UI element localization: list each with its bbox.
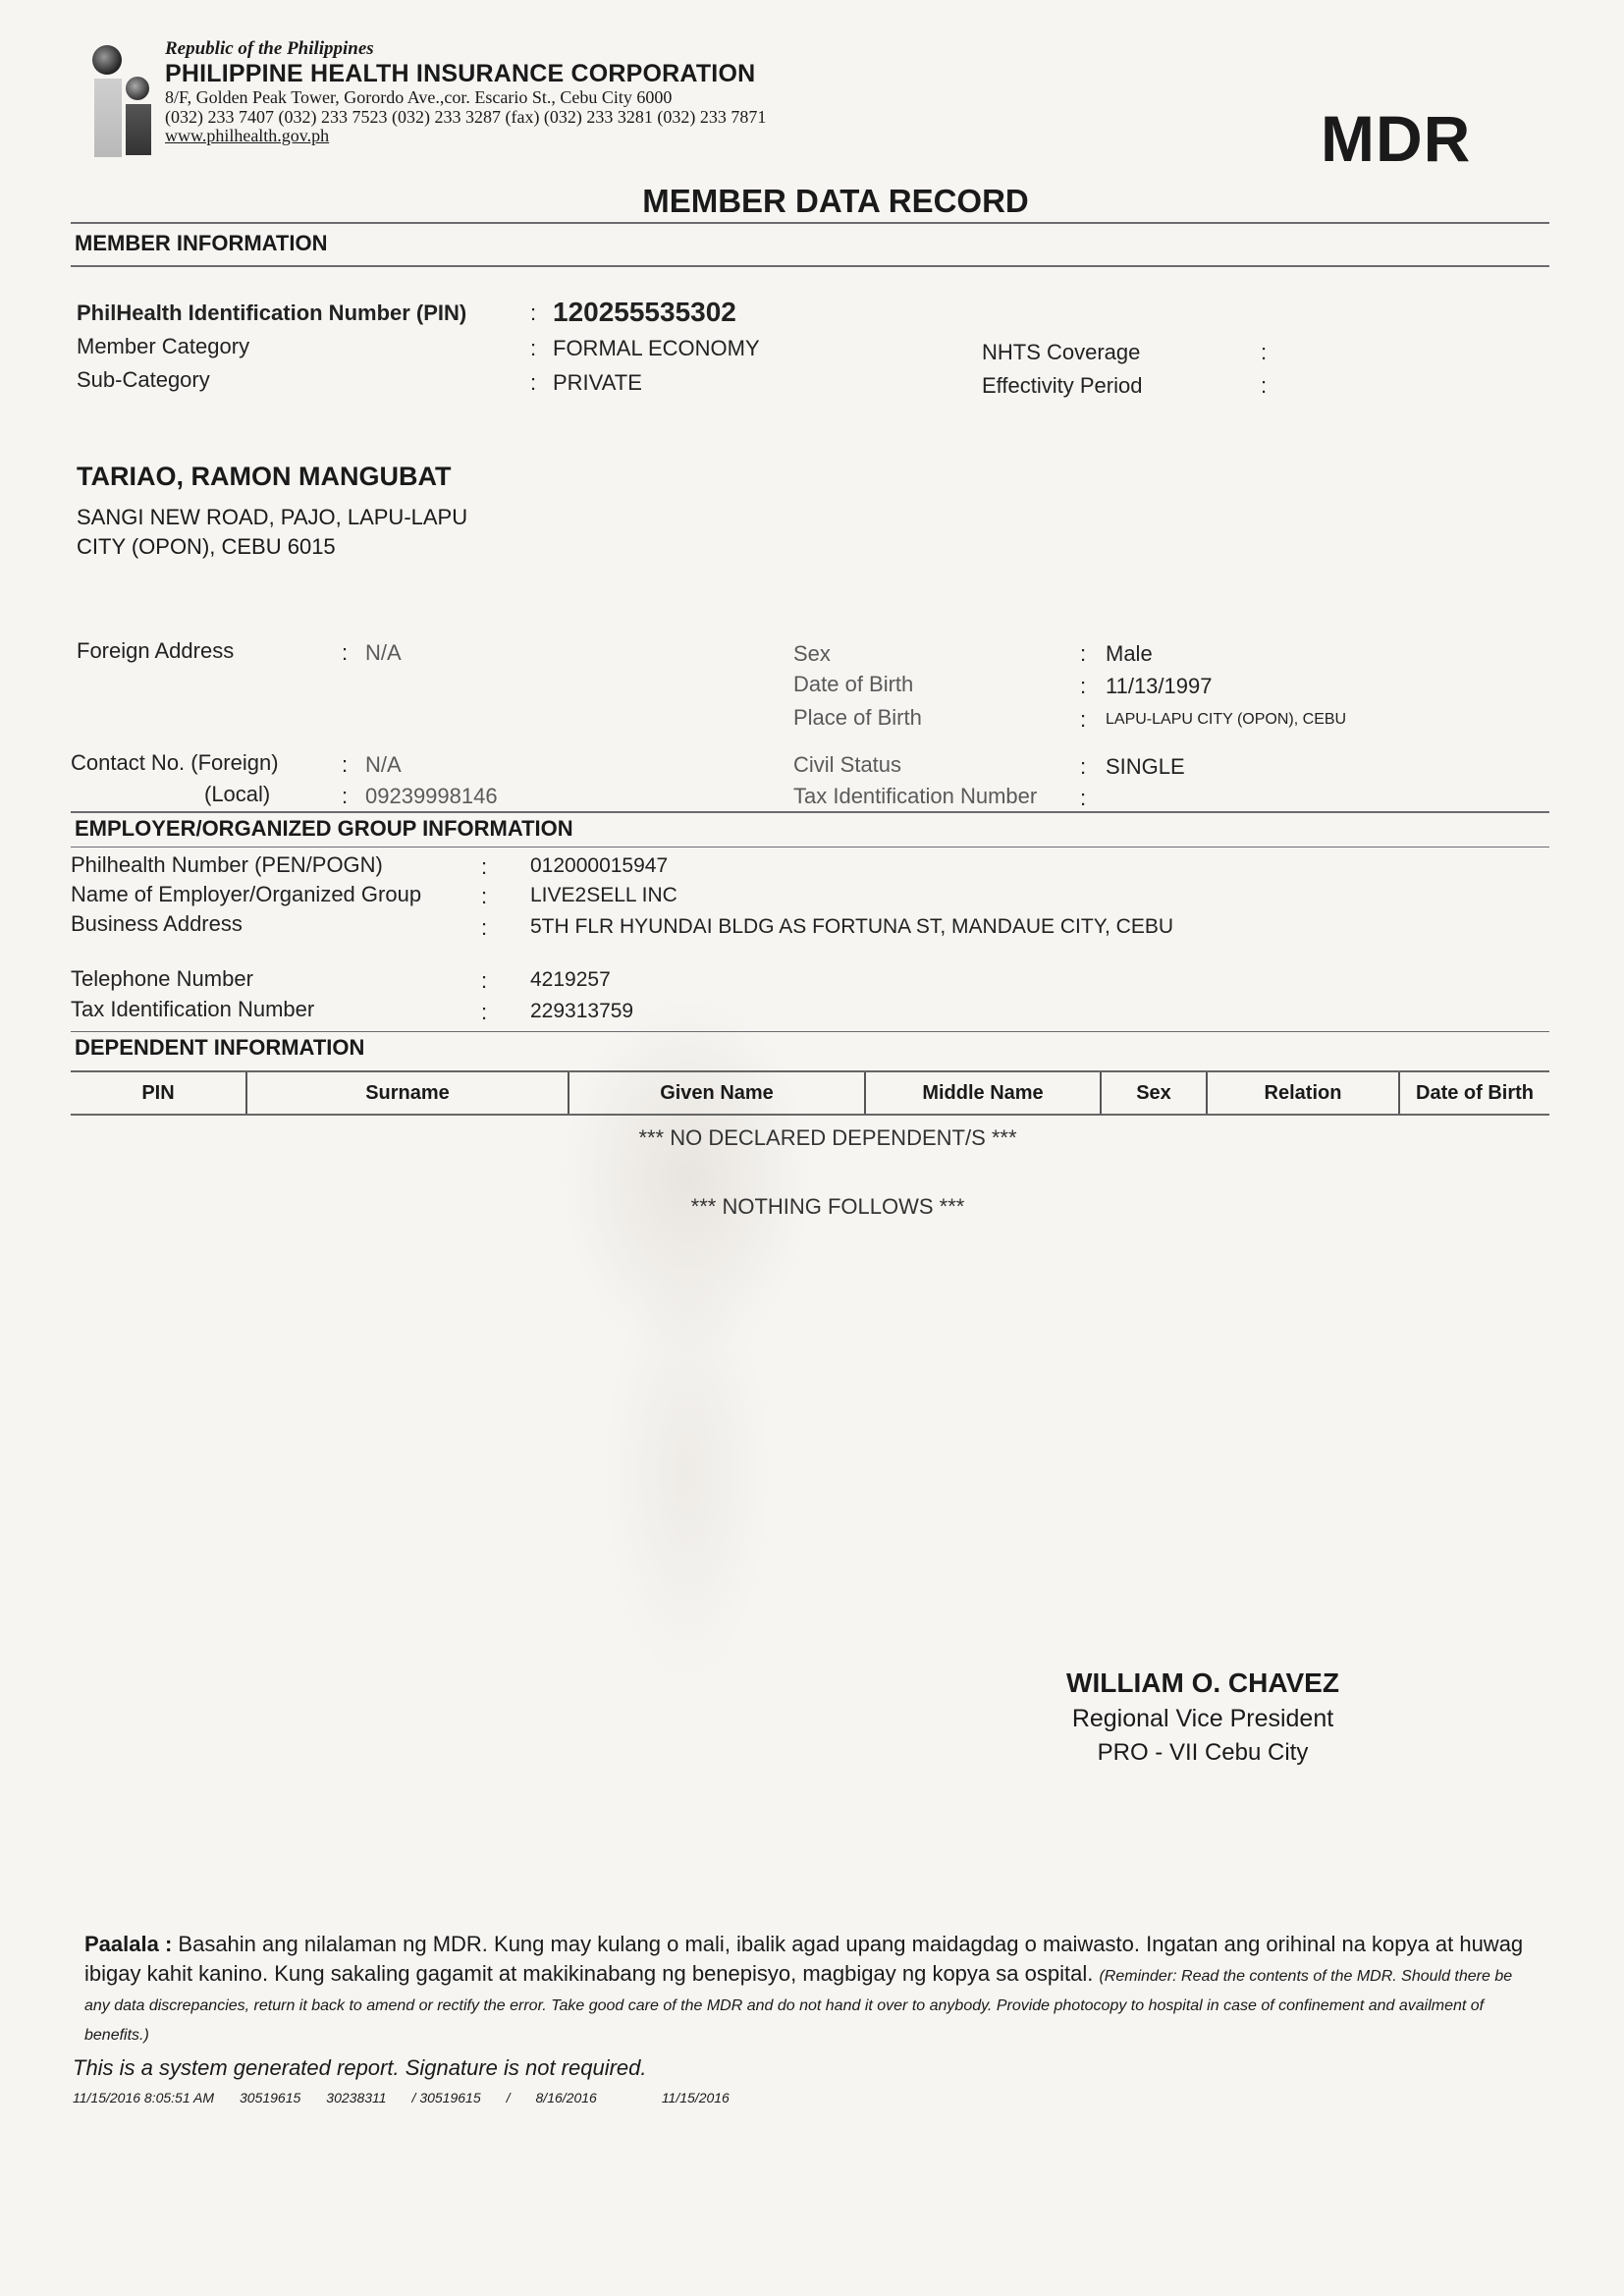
contact-local-label: (Local) — [204, 782, 270, 807]
divider — [71, 1031, 1549, 1032]
meta-ref-3: / 30519615 — [412, 2090, 481, 2105]
org-address: 8/F, Golden Peak Tower, Gorordo Ave.,cor… — [165, 88, 766, 106]
separator: : — [1080, 641, 1086, 667]
employer-name-label: Name of Employer/Organized Group — [71, 882, 421, 907]
pin-label: PhilHealth Identification Number (PIN) — [77, 301, 466, 326]
republic-label: Republic of the Philippines — [165, 39, 766, 58]
separator: : — [481, 1000, 487, 1025]
separator: : — [1261, 373, 1267, 399]
member-category-value: FORMAL ECONOMY — [553, 336, 760, 361]
member-name: TARIAO, RAMON MANGUBAT — [77, 462, 451, 492]
separator: : — [342, 784, 348, 809]
civil-status-label: Civil Status — [793, 752, 901, 778]
member-tin-label: Tax Identification Number — [793, 784, 1037, 809]
dob-value: 11/13/1997 — [1106, 674, 1212, 699]
separator: : — [530, 370, 536, 396]
footer-meta: 11/15/2016 8:05:51 AM 30519615 30238311 … — [73, 2090, 755, 2105]
business-address-value: 5TH FLR HYUNDAI BLDG AS FORTUNA ST, MAND… — [530, 915, 1173, 939]
column-header-given-name: Given Name — [569, 1072, 866, 1114]
system-generated-note: This is a system generated report. Signa… — [73, 2055, 647, 2081]
meta-ref-1: 30519615 — [240, 2090, 300, 2105]
divider — [71, 222, 1549, 224]
section-title-member: MEMBER INFORMATION — [75, 231, 327, 256]
column-header-surname: Surname — [247, 1072, 569, 1114]
divider — [71, 811, 1549, 813]
generated-timestamp: 11/15/2016 8:05:51 AM — [73, 2090, 214, 2105]
document-page: Republic of the Philippines PHILIPPINE H… — [0, 0, 1624, 2296]
business-address-label: Business Address — [71, 911, 243, 937]
reminder-note: Paalala : Basahin ang nilalaman ng MDR. … — [84, 1930, 1528, 2048]
contact-local-value: 09239998146 — [365, 784, 498, 809]
sex-label: Sex — [793, 641, 831, 667]
meta-date-2: 11/15/2016 — [662, 2090, 730, 2105]
signatory-title: Regional Vice President — [982, 1705, 1424, 1733]
employer-tin-value: 229313759 — [530, 1000, 633, 1023]
column-header-sex: Sex — [1102, 1072, 1208, 1114]
employer-name-value: LIVE2SELL INC — [530, 884, 677, 907]
meta-ref-2: 30238311 — [326, 2090, 386, 2105]
org-phones: (032) 233 7407 (032) 233 7523 (032) 233 … — [165, 108, 766, 126]
nothing-follows-message: *** NOTHING FOLLOWS *** — [0, 1194, 1624, 1220]
pob-label: Place of Birth — [793, 705, 922, 731]
separator: : — [1080, 674, 1086, 699]
separator: : — [1080, 707, 1086, 733]
member-address-line1: SANGI NEW ROAD, PAJO, LAPU-LAPU — [77, 503, 467, 532]
no-dependents-message: *** NO DECLARED DEPENDENT/S *** — [0, 1125, 1624, 1151]
member-category-label: Member Category — [77, 334, 249, 359]
column-header-relation: Relation — [1208, 1072, 1400, 1114]
section-title-dependents: DEPENDENT INFORMATION — [75, 1035, 364, 1061]
pen-value: 012000015947 — [530, 854, 668, 878]
meta-date-1: 8/16/2016 — [536, 2090, 597, 2105]
pob-value: LAPU-LAPU CITY (OPON), CEBU — [1106, 711, 1346, 729]
philhealth-logo-icon — [86, 39, 165, 159]
pen-label: Philhealth Number (PEN/POGN) — [71, 852, 383, 878]
mdr-badge: MDR — [1321, 101, 1471, 176]
divider — [71, 847, 1549, 847]
signatory-name: WILLIAM O. CHAVEZ — [982, 1667, 1424, 1699]
separator: : — [1261, 340, 1267, 365]
employer-tin-label: Tax Identification Number — [71, 997, 314, 1022]
org-website-link[interactable]: www.philhealth.gov.ph — [165, 127, 766, 144]
divider — [71, 265, 1549, 267]
signatory-block: WILLIAM O. CHAVEZ Regional Vice Presiden… — [982, 1667, 1424, 1767]
separator: : — [1080, 754, 1086, 780]
separator: : — [342, 640, 348, 666]
page-title: MEMBER DATA RECORD — [0, 183, 1624, 220]
section-title-employer: EMPLOYER/ORGANIZED GROUP INFORMATION — [75, 816, 573, 842]
separator: : — [530, 301, 536, 326]
org-name: PHILIPPINE HEALTH INSURANCE CORPORATION — [165, 62, 766, 86]
column-header-date-of-birth: Date of Birth — [1400, 1072, 1549, 1114]
separator: : — [481, 915, 487, 941]
meta-slash: / — [507, 2090, 511, 2105]
dob-label: Date of Birth — [793, 672, 913, 697]
telephone-label: Telephone Number — [71, 966, 253, 992]
sub-category-value: PRIVATE — [553, 370, 642, 396]
separator: : — [342, 752, 348, 778]
civil-status-value: SINGLE — [1106, 754, 1185, 780]
nhts-coverage-label: NHTS Coverage — [982, 340, 1140, 365]
separator: : — [530, 336, 536, 361]
separator: : — [481, 884, 487, 909]
member-address-line2: CITY (OPON), CEBU 6015 — [77, 532, 467, 562]
column-header-pin: PIN — [71, 1072, 247, 1114]
separator: : — [481, 968, 487, 994]
separator: : — [1080, 786, 1086, 811]
effectivity-period-label: Effectivity Period — [982, 373, 1142, 399]
signatory-office: PRO - VII Cebu City — [982, 1739, 1424, 1767]
foreign-address-value: N/A — [365, 640, 402, 666]
pin-value: 120255535302 — [553, 297, 736, 328]
sub-category-label: Sub-Category — [77, 367, 210, 393]
sex-value: Male — [1106, 641, 1153, 667]
contact-foreign-label: Contact No. (Foreign) — [71, 750, 279, 776]
column-header-middle-name: Middle Name — [866, 1072, 1102, 1114]
telephone-value: 4219257 — [530, 968, 611, 992]
separator: : — [481, 854, 487, 880]
foreign-address-label: Foreign Address — [77, 638, 234, 664]
reminder-label: Paalala : — [84, 1932, 172, 1956]
contact-foreign-value: N/A — [365, 752, 402, 778]
dependents-table-header: PIN Surname Given Name Middle Name Sex R… — [71, 1070, 1549, 1116]
member-address: SANGI NEW ROAD, PAJO, LAPU-LAPU CITY (OP… — [77, 503, 467, 562]
org-header: Republic of the Philippines PHILIPPINE H… — [165, 39, 766, 144]
